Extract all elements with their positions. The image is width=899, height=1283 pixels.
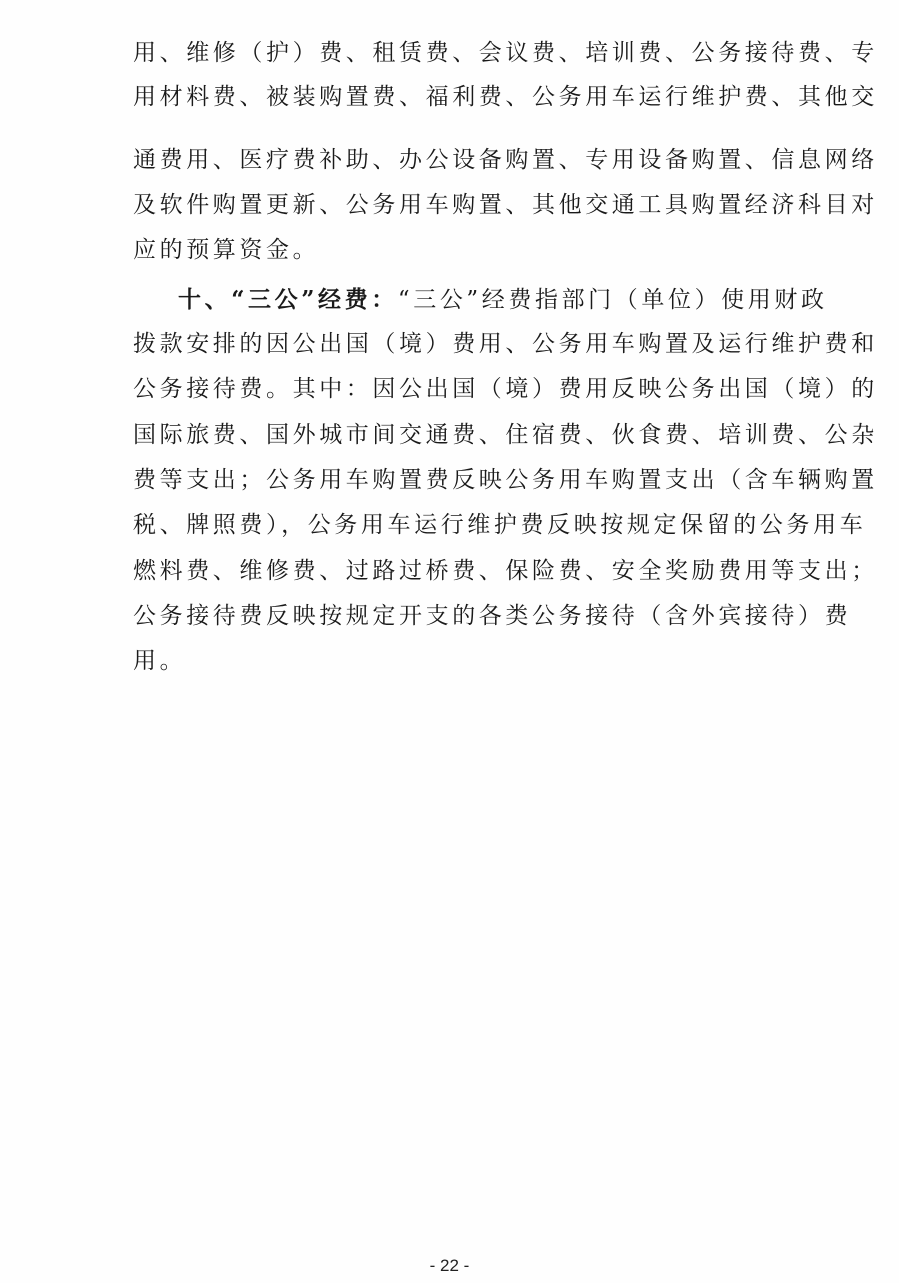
paragraph-line: 通费用、医疗费补助、办公设备购置、专用设备购置、信息网络 (133, 145, 793, 175)
paragraph-line: 及软件购置更新、公务用车购置、其他交通工具购置经济科目对 (133, 190, 793, 220)
paragraph-line: 国际旅费、国外城市间交通费、住宿费、伙食费、培训费、公杂 (133, 420, 793, 450)
document-page: 用、维修（护）费、租赁费、会议费、培训费、公务接待费、专 用材料费、被装购置费、… (0, 0, 899, 1283)
section-ten-first-line: 十、“三公”经费：“三公”经费指部门（单位）使用财政 (178, 285, 793, 315)
section-text: “三公”经费指部门（单位）使用财政 (398, 287, 828, 313)
paragraph-line: 用材料费、被装购置费、福利费、公务用车运行维护费、其他交 (133, 82, 793, 112)
paragraph-line: 用。 (133, 646, 793, 676)
paragraph-line: 用、维修（护）费、租赁费、会议费、培训费、公务接待费、专 (133, 38, 793, 68)
paragraph-line: 拨款安排的因公出国（境）费用、公务用车购置及运行维护费和 (133, 329, 793, 359)
paragraph-line: 费等支出；公务用车购置费反映公务用车购置支出（含车辆购置 (133, 465, 793, 495)
paragraph-line: 公务接待费反映按规定开支的各类公务接待（含外宾接待）费 (133, 601, 793, 631)
paragraph-line: 税、牌照费），公务用车运行维护费反映按规定保留的公务用车 (133, 510, 793, 540)
page-number: - 22 - (0, 1256, 899, 1276)
paragraph-line: 公务接待费。其中：因公出国（境）费用反映公务出国（境）的 (133, 374, 793, 404)
section-heading: 十、“三公”经费： (178, 286, 398, 313)
paragraph-line: 应的预算资金。 (133, 235, 793, 265)
paragraph-line: 燃料费、维修费、过路过桥费、保险费、安全奖励费用等支出； (133, 556, 793, 586)
